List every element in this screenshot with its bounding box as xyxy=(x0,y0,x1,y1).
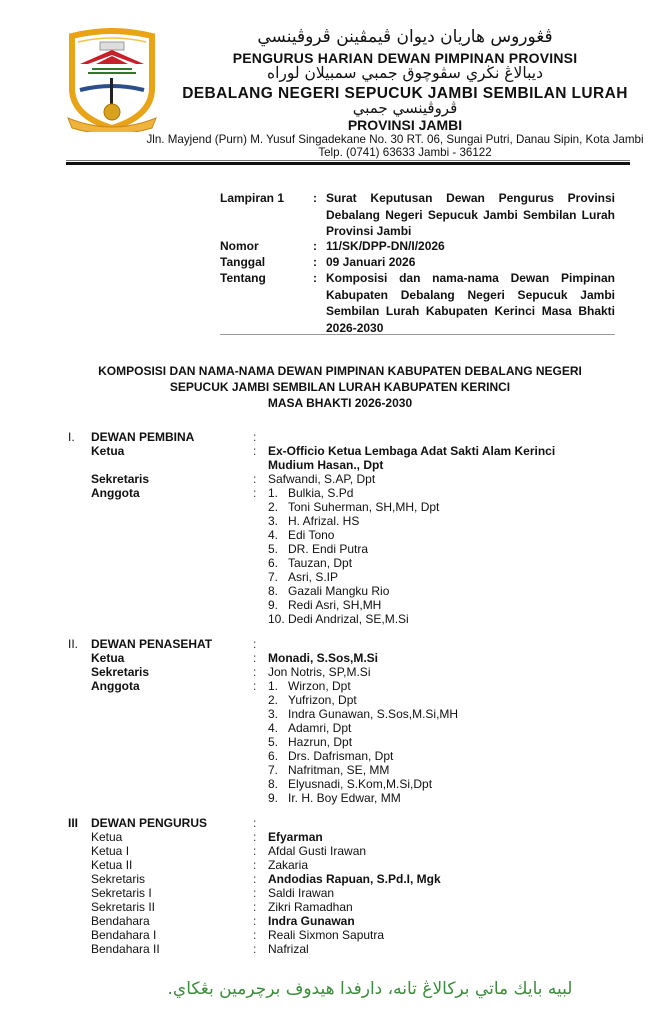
role-label: Sekretaris xyxy=(91,665,149,679)
role-value: Andodias Rapuan, S.Pd.I, Mgk xyxy=(268,872,441,886)
section-title: DEWAN PENASEHAT xyxy=(91,637,212,651)
meta-label: Tentang xyxy=(220,270,266,287)
member-name: Nafritman, SE, MM xyxy=(288,763,389,777)
member-number: 1. xyxy=(268,486,286,500)
role-label: Ketua II xyxy=(91,858,132,872)
colon: : xyxy=(253,651,256,665)
member-number: 2. xyxy=(268,500,286,514)
colon: : xyxy=(253,914,256,928)
member-name: Adamri, Dpt xyxy=(288,721,351,735)
member-name: Gazali Mangku Rio xyxy=(288,584,389,598)
role-label: Sekretaris xyxy=(91,472,149,486)
letterhead-arabic-line-1: ڤڠوروس هاريان ديوان ڤيمڤينن ڤروڤينسي xyxy=(170,27,640,47)
document-title-line-2: SEPUCUK JAMBI SEMBILAN LURAH KABUPATEN K… xyxy=(60,380,620,394)
colon: : xyxy=(253,928,256,942)
meta-value: Surat Keputusan Dewan Pengurus Provinsi … xyxy=(326,190,615,240)
colon: : xyxy=(253,858,256,872)
role-label: Ketua I xyxy=(91,844,129,858)
member-number: 6. xyxy=(268,749,286,763)
section-number: III xyxy=(68,816,78,830)
member-name: Indra Gunawan, S.Sos,M.Si,MH xyxy=(288,707,458,721)
role-value: Afdal Gusti Irawan xyxy=(268,844,366,858)
member-number: 3. xyxy=(268,514,286,528)
member-name: Dedi Andrizal, SE,M.Si xyxy=(288,612,409,626)
meta-label: Tanggal xyxy=(220,254,265,271)
section-title: DEWAN PEMBINA xyxy=(91,430,194,444)
member-name: Yufrizon, Dpt xyxy=(288,693,357,707)
section-number: II. xyxy=(68,637,78,651)
meta-row-lampiran: Lampiran 1 : Surat Keputusan Dewan Pengu… xyxy=(220,190,615,240)
member-number: 7. xyxy=(268,763,286,777)
member-name: Drs. Dafrisman, Dpt xyxy=(288,749,393,763)
role-label: Ketua xyxy=(91,830,122,844)
colon: : xyxy=(253,900,256,914)
organization-crest-icon xyxy=(66,28,158,132)
colon: : xyxy=(253,942,256,956)
member-name: Bulkia, S.Pd xyxy=(288,486,353,500)
meta-colon: : xyxy=(313,238,317,255)
member-number: 5. xyxy=(268,735,286,749)
role-value: Zakaria xyxy=(268,858,308,872)
member-number: 2. xyxy=(268,693,286,707)
member-name: Elyusnadi, S.Kom,M.Si,Dpt xyxy=(288,777,432,791)
meta-colon: : xyxy=(313,254,317,271)
colon: : xyxy=(253,444,256,458)
meta-value: 11/SK/DPP-DN/I/2026 xyxy=(326,238,615,255)
section-number: I. xyxy=(68,430,75,444)
member-number: 5. xyxy=(268,542,286,556)
colon: : xyxy=(253,430,256,444)
member-name: Ir. H. Boy Edwar, MM xyxy=(288,791,401,805)
meta-divider xyxy=(220,334,615,335)
member-number: 8. xyxy=(268,777,286,791)
role-value: Efyarman xyxy=(268,830,323,844)
role-value: Monadi, S.Sos,M.Si xyxy=(268,651,378,665)
role-value-continued: Mudium Hasan., Dpt xyxy=(268,458,383,472)
letterhead-divider xyxy=(66,162,630,165)
colon: : xyxy=(253,637,256,651)
role-value: Jon Notris, SP,M.Si xyxy=(268,665,370,679)
meta-row-tentang: Tentang : Komposisi dan nama-nama Dewan … xyxy=(220,270,615,334)
role-value: Indra Gunawan xyxy=(268,914,355,928)
document-title-line-3: MASA BHAKTI 2026-2030 xyxy=(60,396,620,410)
role-label: Anggota xyxy=(91,679,140,693)
role-value: Nafrizal xyxy=(268,942,309,956)
meta-colon: : xyxy=(313,190,317,207)
meta-label: Lampiran 1 xyxy=(220,190,284,207)
member-name: Wirzon, Dpt xyxy=(288,679,351,693)
letterhead-address: Jln. Mayjend (Purn) M. Yusuf Singadekane… xyxy=(135,133,655,146)
role-label: Bendahara xyxy=(91,914,150,928)
member-number: 3. xyxy=(268,707,286,721)
colon: : xyxy=(253,830,256,844)
letterhead-divider-thin xyxy=(66,160,630,161)
section-title: DEWAN PENGURUS xyxy=(91,816,207,830)
member-number: 1. xyxy=(268,679,286,693)
member-number: 9. xyxy=(268,791,286,805)
member-number: 6. xyxy=(268,556,286,570)
colon: : xyxy=(253,472,256,486)
letterhead-arabic-line-2: ديبالاڠ نڬري سڤوچوق جمبي سمبيلان لوراه xyxy=(170,64,640,82)
member-number: 9. xyxy=(268,598,286,612)
role-value: Saldi Irawan xyxy=(268,886,334,900)
member-name: Hazrun, Dpt xyxy=(288,735,352,749)
colon: : xyxy=(253,665,256,679)
meta-value: 09 Januari 2026 xyxy=(326,254,615,271)
colon: : xyxy=(253,816,256,830)
colon: : xyxy=(253,872,256,886)
member-name: Toni Suherman, SH,MH, Dpt xyxy=(288,500,439,514)
role-label: Ketua xyxy=(91,444,124,458)
member-name: H. Afrizal. HS xyxy=(288,514,359,528)
role-value: Ex-Officio Ketua Lembaga Adat Sakti Alam… xyxy=(268,444,555,458)
role-label: Ketua xyxy=(91,651,124,665)
member-number: 4. xyxy=(268,721,286,735)
member-number: 7. xyxy=(268,570,286,584)
member-name: Redi Asri, SH,MH xyxy=(288,598,381,612)
role-label: Anggota xyxy=(91,486,140,500)
member-name: Tauzan, Dpt xyxy=(288,556,352,570)
meta-value: Komposisi dan nama-nama Dewan Pimpinan K… xyxy=(326,270,615,336)
role-label: Sekretaris II xyxy=(91,900,155,914)
member-name: Asri, S.IP xyxy=(288,570,338,584)
member-name: DR. Endi Putra xyxy=(288,542,368,556)
member-name: Edi Tono xyxy=(288,528,334,542)
colon: : xyxy=(253,679,256,693)
role-label: Bendahara II xyxy=(91,942,160,956)
role-value: Zikri Ramadhan xyxy=(268,900,353,914)
role-label: Bendahara I xyxy=(91,928,156,942)
meta-colon: : xyxy=(313,270,317,287)
member-number: 8. xyxy=(268,584,286,598)
role-label: Sekretaris I xyxy=(91,886,152,900)
member-number: 10. xyxy=(268,612,286,626)
meta-label: Nomor xyxy=(220,238,259,255)
letterhead-arabic-line-3: ڤروڤينسي جمبي xyxy=(170,99,640,117)
colon: : xyxy=(253,486,256,500)
role-label: Sekretaris xyxy=(91,872,145,886)
role-value: Reali Sixmon Saputra xyxy=(268,928,384,942)
letterhead-phone: Telp. (0741) 63633 Jambi - 36122 xyxy=(170,146,640,159)
document-title-line-1: KOMPOSISI DAN NAMA-NAMA DEWAN PIMPINAN K… xyxy=(60,364,620,378)
colon: : xyxy=(253,844,256,858)
footer-arabic-caption: لبيه بايك ماتي بركالاڠ تانه، دارفدا هيدو… xyxy=(150,979,590,999)
role-value: Safwandi, S.AP, Dpt xyxy=(268,472,375,486)
member-number: 4. xyxy=(268,528,286,542)
colon: : xyxy=(253,886,256,900)
letterhead-province: PROVINSI JAMBI xyxy=(170,117,640,133)
